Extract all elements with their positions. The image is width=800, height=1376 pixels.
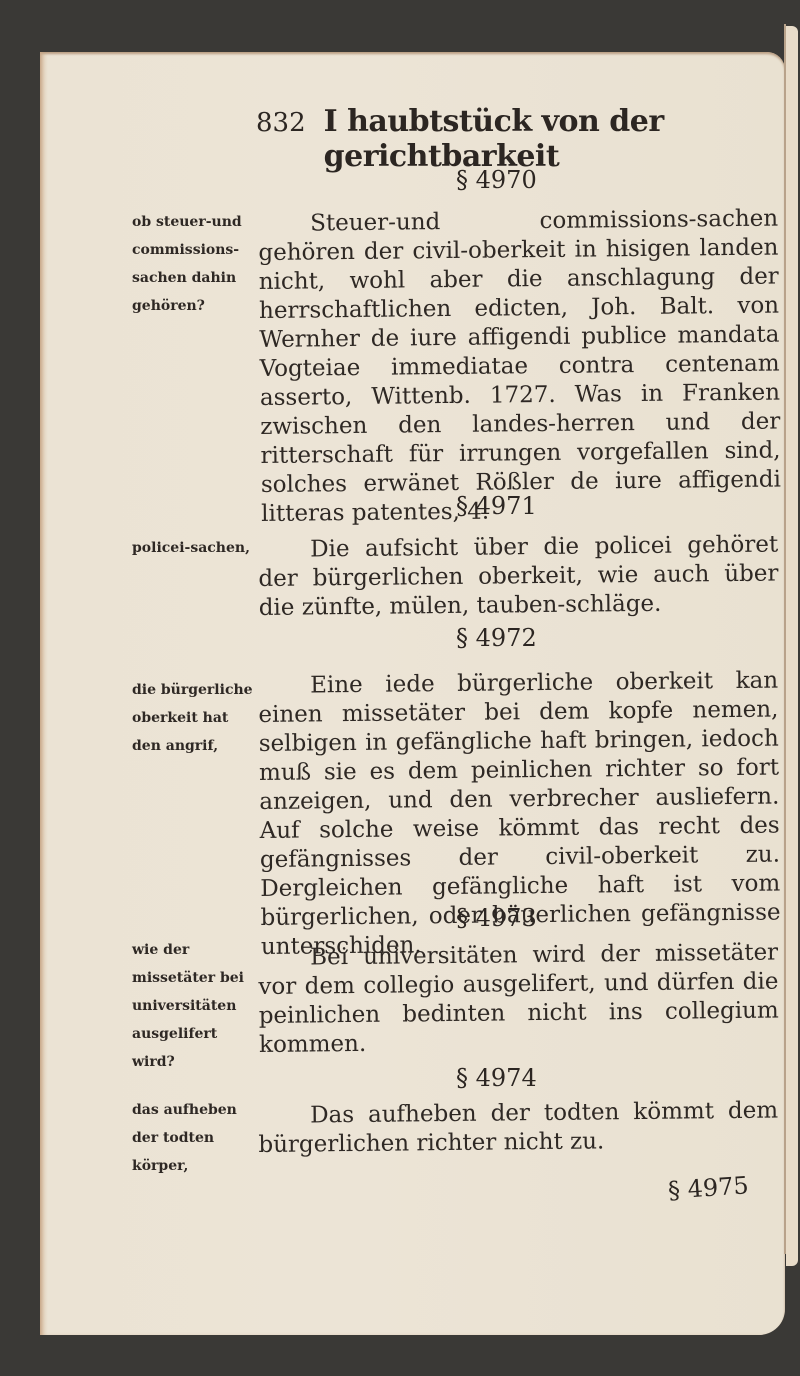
section-text: Das aufheben der todten kömmt dem bürger… (258, 1097, 779, 1160)
paragraph: Steuer-und commissions-sachen gehören de… (258, 206, 781, 527)
margin-note: ob steuer-und commissions-sachen dahin g… (132, 208, 260, 320)
running-head: 832 I haubtstück von der gerichtbarkeit (256, 104, 766, 174)
section-number: § 4973 (456, 904, 537, 932)
page-edge (786, 26, 798, 1266)
paragraph: Bei universitäten wird der missetäter vo… (258, 940, 779, 1058)
margin-note: das aufheben der todten körper, (132, 1096, 260, 1180)
section-number: § 4970 (456, 166, 537, 194)
section-text: Steuer-und commissions-sachen gehören de… (258, 205, 781, 529)
catchword-section-number: § 4975 (667, 1171, 749, 1205)
paragraph: Die aufsicht über die policei gehöret de… (258, 532, 778, 621)
section-text: Bei universitäten wird der missetäter vo… (258, 939, 779, 1060)
section-number: § 4972 (456, 624, 537, 652)
page-fold-line (784, 24, 786, 1254)
section-number: § 4971 (456, 492, 537, 520)
running-head-title: I haubtstück von der gerichtbarkeit (324, 104, 766, 174)
margin-note: wie der missetäter bei universitäten aus… (132, 936, 260, 1076)
margin-note: policei-sachen, (132, 534, 260, 562)
page-number: 832 (256, 108, 306, 138)
paragraph: Das aufheben der todten kömmt dem bürger… (258, 1098, 778, 1158)
margin-note: die bürgerliche oberkeit hat den angrif, (132, 676, 260, 760)
section-text: Die aufsicht über die policei gehöret de… (258, 531, 779, 623)
section-number: § 4974 (456, 1064, 537, 1092)
